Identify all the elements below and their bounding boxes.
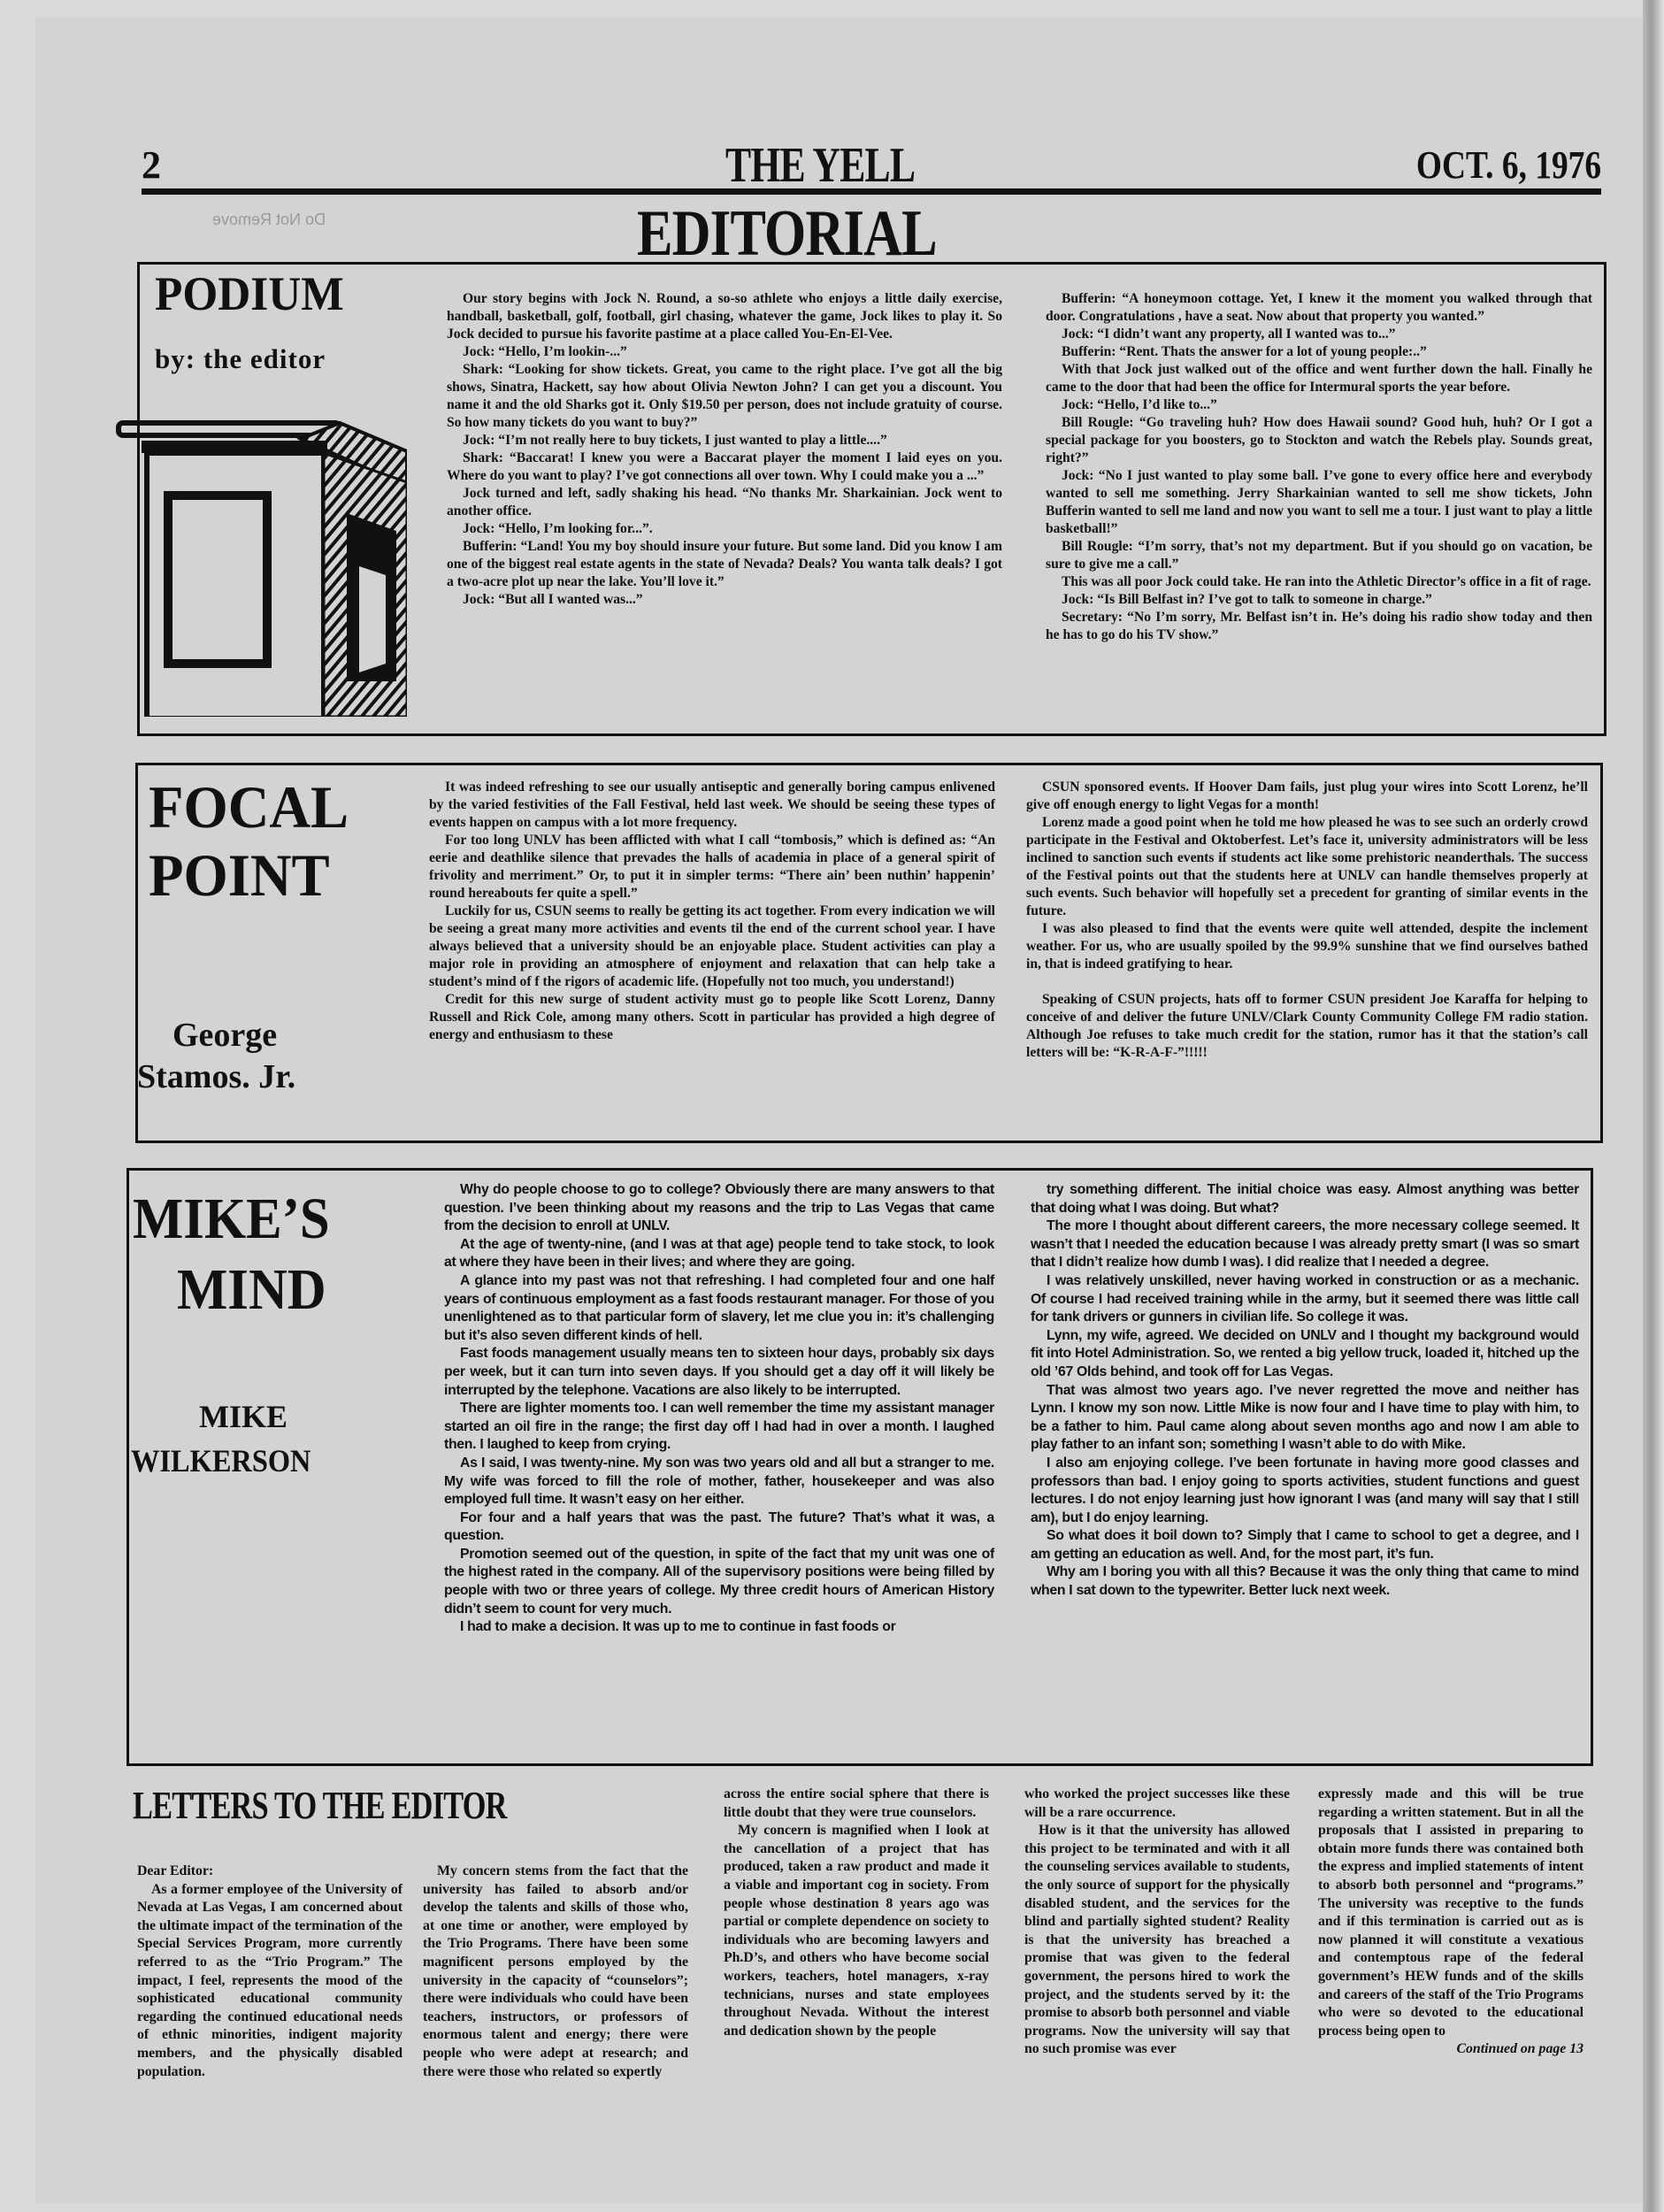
- focal-point-byline-line2: Stamos. Jr.: [137, 1057, 295, 1096]
- section-title: EDITORIAL: [637, 196, 937, 272]
- masthead-rule: [142, 188, 1601, 195]
- mikes-mind-column-1: Why do people choose to go to college? O…: [444, 1181, 994, 1637]
- paper-name: THE YELL: [725, 137, 915, 194]
- letters-column-2: My concern stems from the fact that the …: [423, 1863, 688, 2081]
- focal-point-title-line1: FOCAL: [149, 777, 349, 837]
- mikes-mind-byline-line2: WILKERSON: [131, 1442, 311, 1479]
- paragraph: Bufferin: “Rent. Thats the answer for a …: [1046, 343, 1592, 361]
- salutation: Dear Editor:: [137, 1863, 403, 1881]
- letters-column-3: across the entire social sphere that the…: [724, 1786, 989, 2040]
- paragraph-spacer: [1026, 973, 1588, 991]
- mikes-mind-title-line2: MIND: [177, 1261, 326, 1319]
- paragraph: who worked the project successes like th…: [1024, 1786, 1290, 1822]
- paragraph: Our story begins with Jock N. Round, a s…: [447, 290, 1002, 343]
- focal-point-byline-line1: George: [173, 1016, 277, 1055]
- focal-point-title-line2: POINT: [149, 845, 330, 905]
- paragraph: Jock: “Hello, I’d like to...”: [1046, 396, 1592, 414]
- paragraph: Secretary: “No I’m sorry, Mr. Belfast is…: [1046, 609, 1592, 644]
- paragraph: Lynn, my wife, agreed. We decided on UNL…: [1031, 1327, 1579, 1382]
- paragraph: I was also pleased to find that the even…: [1026, 920, 1588, 973]
- paragraph: Why do people choose to go to college? O…: [444, 1181, 994, 1236]
- paragraph: I was relatively unskilled, never having…: [1031, 1272, 1579, 1327]
- continued-on-page-link[interactable]: Continued on page 13: [1318, 2040, 1583, 2059]
- letters-column-4: who worked the project successes like th…: [1024, 1786, 1290, 2059]
- paragraph: My concern stems from the fact that the …: [423, 1863, 688, 2081]
- paragraph: Bufferin: “A honeymoon cottage. Yet, I k…: [1046, 290, 1592, 326]
- paragraph: With that Jock just walked out of the of…: [1046, 361, 1592, 396]
- issue-date: OCT. 6, 1976: [1416, 142, 1601, 188]
- paragraph: Bill Rougle: “I’m sorry, that’s not my d…: [1046, 538, 1592, 573]
- paragraph: The more I thought about different caree…: [1031, 1217, 1579, 1272]
- paragraph: Lorenz made a good point when he told me…: [1026, 814, 1588, 920]
- podium-column-2: Bufferin: “A honeymoon cottage. Yet, I k…: [1046, 290, 1592, 644]
- paragraph: Bill Rougle: “Go traveling huh? How does…: [1046, 414, 1592, 467]
- paragraph: Shark: “Baccarat! I knew you were a Bacc…: [447, 449, 1002, 485]
- paragraph: Jock: “But all I wanted was...”: [447, 591, 1002, 609]
- paragraph: It was indeed refreshing to see our usua…: [429, 779, 995, 832]
- paragraph: As a former employee of the University o…: [137, 1881, 403, 2082]
- page-number: 2: [142, 142, 161, 188]
- paragraph: expressly made and this will be true reg…: [1318, 1786, 1583, 2040]
- paragraph: across the entire social sphere that the…: [724, 1786, 989, 1822]
- paragraph: Why am I boring you with all this? Becau…: [1031, 1563, 1579, 1600]
- binding-shadow: [1643, 0, 1664, 2212]
- paragraph: Jock: “No I just wanted to play some bal…: [1046, 467, 1592, 538]
- paragraph: Jock: “Is Bill Belfast in? I’ve got to t…: [1046, 591, 1592, 609]
- paragraph: Bufferin: “Land! You my boy should insur…: [447, 538, 1002, 591]
- paragraph: A glance into my past was not that refre…: [444, 1272, 994, 1345]
- focal-point-column-2: CSUN sponsored events. If Hoover Dam fai…: [1026, 779, 1588, 1062]
- masthead: 2 THE YELL OCT. 6, 1976: [142, 137, 1601, 190]
- paragraph: Jock: “I’m not really here to buy ticket…: [447, 432, 1002, 449]
- paragraph: For four and a half years that was the p…: [444, 1509, 994, 1546]
- paragraph: I had to make a decision. It was up to m…: [444, 1618, 994, 1637]
- paragraph: Jock: “I didn’t want any property, all I…: [1046, 326, 1592, 343]
- bleed-through-text: Do Not Remove: [212, 211, 326, 229]
- podium-title: PODIUM: [155, 270, 344, 318]
- podium-column-1: Our story begins with Jock N. Round, a s…: [447, 290, 1002, 609]
- mikes-mind-title-line1: MIKE’S: [133, 1190, 330, 1248]
- paragraph: This was all poor Jock could take. He ra…: [1046, 573, 1592, 591]
- paragraph: That was almost two years ago. I’ve neve…: [1031, 1382, 1579, 1455]
- letters-title: LETTERS TO THE EDITOR: [133, 1783, 507, 1828]
- paragraph: CSUN sponsored events. If Hoover Dam fai…: [1026, 779, 1588, 814]
- paragraph: Jock: “Hello, I’m lookin-...”: [447, 343, 1002, 361]
- podium-illustration-icon: [115, 416, 407, 717]
- paragraph: So what does it boil down to? Simply tha…: [1031, 1527, 1579, 1563]
- paragraph: Speaking of CSUN projects, hats off to f…: [1026, 991, 1588, 1062]
- paragraph: Promotion seemed out of the question, in…: [444, 1546, 994, 1618]
- paragraph: Jock turned and left, sadly shaking his …: [447, 485, 1002, 520]
- mikes-mind-column-2: try something different. The initial cho…: [1031, 1181, 1579, 1601]
- paragraph: Jock: “Hello, I’m looking for...”.: [447, 520, 1002, 538]
- paragraph: Shark: “Looking for show tickets. Great,…: [447, 361, 1002, 432]
- mikes-mind-byline-line1: MIKE: [199, 1398, 288, 1435]
- paragraph: As I said, I was twenty-nine. My son was…: [444, 1455, 994, 1509]
- paragraph: How is it that the university has allowe…: [1024, 1822, 1290, 2059]
- paragraph: Fast foods management usually means ten …: [444, 1345, 994, 1400]
- paragraph: Luckily for us, CSUN seems to really be …: [429, 902, 995, 991]
- paragraph: try something different. The initial cho…: [1031, 1181, 1579, 1217]
- paragraph: Credit for this new surge of student act…: [429, 991, 995, 1044]
- paragraph: There are lighter moments too. I can wel…: [444, 1400, 994, 1455]
- paragraph: At the age of twenty-nine, (and I was at…: [444, 1236, 994, 1272]
- letters-column-5: expressly made and this will be true reg…: [1318, 1786, 1583, 2059]
- letters-column-1: Dear Editor: As a former employee of the…: [137, 1863, 403, 2081]
- paragraph: I also am enjoying college. I’ve been fo…: [1031, 1455, 1579, 1527]
- focal-point-column-1: It was indeed refreshing to see our usua…: [429, 779, 995, 1044]
- paragraph: My concern is magnified when I look at t…: [724, 1822, 989, 2040]
- podium-byline: by: the editor: [155, 343, 326, 375]
- paragraph: For too long UNLV has been afflicted wit…: [429, 832, 995, 902]
